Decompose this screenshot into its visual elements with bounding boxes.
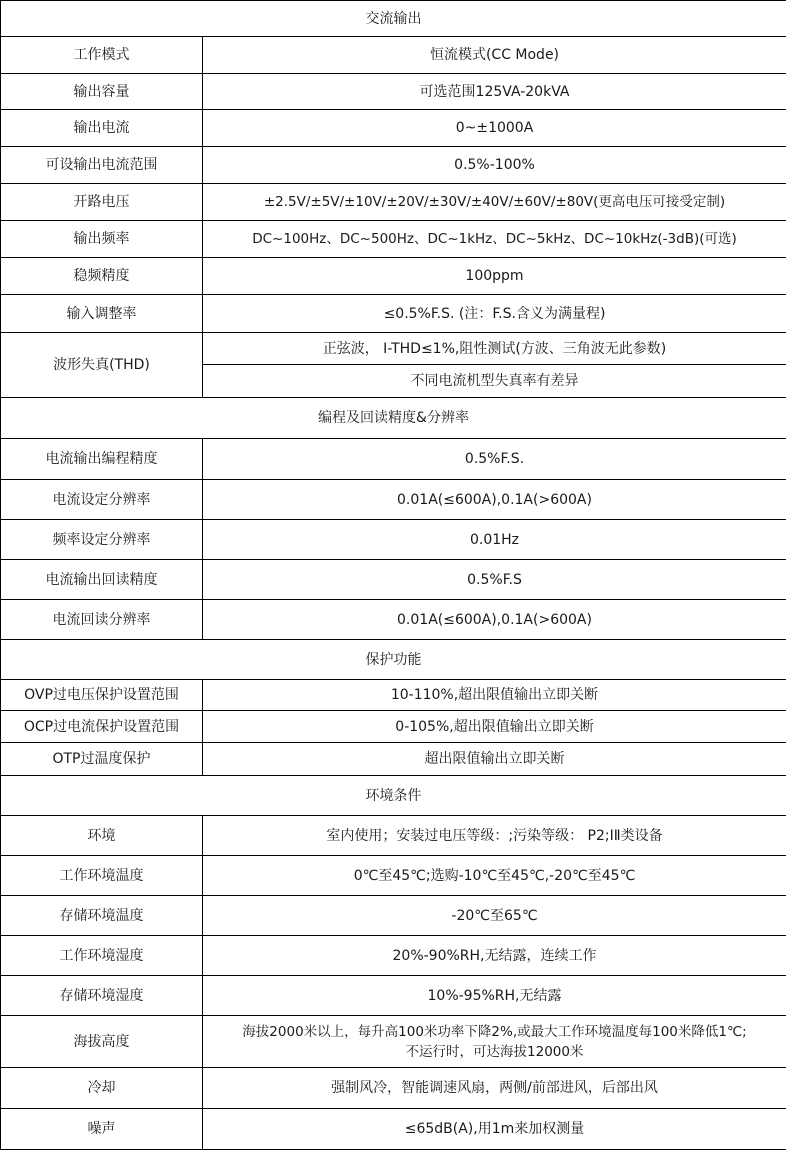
row-label: 工作模式 xyxy=(1,37,203,74)
row-label: 输出容量 xyxy=(1,74,203,110)
row-value: -20℃至65℃ xyxy=(203,896,786,936)
row-value: ≤0.5%F.S. (注：F.S.含义为满量程) xyxy=(203,295,786,333)
row-value-secondary: 不同电流机型失真率有差异 xyxy=(203,365,786,398)
table-row: OVP过电压保护设置范围 10-110%,超出限值输出立即关断 xyxy=(1,680,786,711)
table-row: 输出容量 可选范围125VA-20kVA xyxy=(1,74,786,110)
row-label: 海拔高度 xyxy=(1,1016,203,1068)
row-value: 100ppm xyxy=(203,258,786,295)
table-row: 工作环境湿度 20%-90%RH,无结露，连续工作 xyxy=(1,936,786,976)
table-row: 开路电压 ±2.5V/±5V/±10V/±20V/±30V/±40V/±60V/… xyxy=(1,184,786,221)
section-title-protection: 保护功能 xyxy=(1,640,786,680)
row-label: 工作环境湿度 xyxy=(1,936,203,976)
table-row: 输入调整率 ≤0.5%F.S. (注：F.S.含义为满量程) xyxy=(1,295,786,333)
row-value: 室内使用；安装过电压等级：;污染等级： P2;IⅡ类设备 xyxy=(203,816,786,856)
row-label: 电流回读分辨率 xyxy=(1,600,203,640)
table-row: 工作模式 恒流模式(CC Mode) xyxy=(1,37,786,74)
table-row: 稳频精度 100ppm xyxy=(1,258,786,295)
row-label: 输出频率 xyxy=(1,221,203,258)
row-label: OTP过温度保护 xyxy=(1,743,203,776)
row-label: 存储环境湿度 xyxy=(1,976,203,1016)
row-value: 超出限值输出立即关断 xyxy=(203,743,786,776)
row-value: 10%-95%RH,无结露 xyxy=(203,976,786,1016)
table-row: 冷却 强制风冷，智能调速风扇，两侧/前部进风，后部出风 xyxy=(1,1068,786,1109)
section-title-environment: 环境条件 xyxy=(1,776,786,816)
table-row: 输出频率 DC~100Hz、DC~500Hz、DC~1kHz、DC~5kHz、D… xyxy=(1,221,786,258)
row-label: 存储环境温度 xyxy=(1,896,203,936)
row-label: 开路电压 xyxy=(1,184,203,221)
row-label: 输入调整率 xyxy=(1,295,203,333)
row-value: 0.5%F.S xyxy=(203,560,786,600)
table-row: 存储环境湿度 10%-95%RH,无结露 xyxy=(1,976,786,1016)
row-label: 频率设定分辨率 xyxy=(1,520,203,560)
row-label: 冷却 xyxy=(1,1068,203,1109)
row-label: 工作环境温度 xyxy=(1,856,203,896)
row-value: 正弦波， I-THD≤1%,阻性测试(方波、三角波无此参数) xyxy=(203,333,786,365)
table-row: 频率设定分辨率 0.01Hz xyxy=(1,520,786,560)
table-row: 电流回读分辨率 0.01A(≤600A),0.1A(>600A) xyxy=(1,600,786,640)
table-row: 输出电流 0~±1000A xyxy=(1,110,786,147)
table-row: OTP过温度保护 超出限值输出立即关断 xyxy=(1,743,786,776)
section-title-programming-accuracy: 编程及回读精度&分辨率 xyxy=(1,398,786,439)
row-value: 0.5%F.S. xyxy=(203,439,786,480)
row-value: 10-110%,超出限值输出立即关断 xyxy=(203,680,786,711)
table-row-altitude: 海拔高度 海拔2000米以上，每升高100米功率下降2%,或最大工作环境温度每1… xyxy=(1,1016,786,1068)
table-row: 噪声 ≤65dB(A),用1m来加权测量 xyxy=(1,1109,786,1150)
table-row: 可设输出电流范围 0.5%-100% xyxy=(1,147,786,184)
table-row: 环境 室内使用；安装过电压等级：;污染等级： P2;IⅡ类设备 xyxy=(1,816,786,856)
row-value: 0.01Hz xyxy=(203,520,786,560)
row-value: DC~100Hz、DC~500Hz、DC~1kHz、DC~5kHz、DC~10k… xyxy=(203,221,786,258)
section-header-row: 环境条件 xyxy=(1,776,786,816)
row-value: 20%-90%RH,无结露，连续工作 xyxy=(203,936,786,976)
row-label: 输出电流 xyxy=(1,110,203,147)
row-value: 恒流模式(CC Mode) xyxy=(203,37,786,74)
row-value: 0~±1000A xyxy=(203,110,786,147)
row-value: 海拔2000米以上，每升高100米功率下降2%,或最大工作环境温度每100米降低… xyxy=(203,1016,786,1068)
row-value: ≤65dB(A),用1m来加权测量 xyxy=(203,1109,786,1150)
table-row: 电流输出编程精度 0.5%F.S. xyxy=(1,439,786,480)
spec-table: 交流输出 工作模式 恒流模式(CC Mode) 输出容量 可选范围125VA-2… xyxy=(0,0,786,1150)
row-label: 稳频精度 xyxy=(1,258,203,295)
row-label: 环境 xyxy=(1,816,203,856)
table-row: 电流输出回读精度 0.5%F.S xyxy=(1,560,786,600)
section-header-row: 保护功能 xyxy=(1,640,786,680)
table-row-thd: 波形失真(THD) 正弦波， I-THD≤1%,阻性测试(方波、三角波无此参数) xyxy=(1,333,786,365)
row-value: 可选范围125VA-20kVA xyxy=(203,74,786,110)
row-label: 电流输出回读精度 xyxy=(1,560,203,600)
row-label: 波形失真(THD) xyxy=(1,333,203,398)
section-header-row: 交流输出 xyxy=(1,1,786,37)
row-value: 0.5%-100% xyxy=(203,147,786,184)
row-value: 0.01A(≤600A),0.1A(>600A) xyxy=(203,600,786,640)
row-value-line-2: 不运行时，可达海拔12000米 xyxy=(205,1042,784,1062)
row-label: 可设输出电流范围 xyxy=(1,147,203,184)
row-value-line-1: 海拔2000米以上，每升高100米功率下降2%,或最大工作环境温度每100米降低… xyxy=(205,1022,784,1042)
row-label: 电流输出编程精度 xyxy=(1,439,203,480)
row-label: 噪声 xyxy=(1,1109,203,1150)
row-label: 电流设定分辨率 xyxy=(1,480,203,520)
row-label: OVP过电压保护设置范围 xyxy=(1,680,203,711)
section-title-ac-output: 交流输出 xyxy=(1,1,786,37)
row-label: OCP过电流保护设置范围 xyxy=(1,711,203,743)
row-value: 强制风冷，智能调速风扇，两侧/前部进风，后部出风 xyxy=(203,1068,786,1109)
row-value: 0-105%,超出限值输出立即关断 xyxy=(203,711,786,743)
table-row: OCP过电流保护设置范围 0-105%,超出限值输出立即关断 xyxy=(1,711,786,743)
row-value: 0℃至45℃;选购-10℃至45℃,-20℃至45℃ xyxy=(203,856,786,896)
row-value: 0.01A(≤600A),0.1A(>600A) xyxy=(203,480,786,520)
table-row: 电流设定分辨率 0.01A(≤600A),0.1A(>600A) xyxy=(1,480,786,520)
section-header-row: 编程及回读精度&分辨率 xyxy=(1,398,786,439)
table-row: 工作环境温度 0℃至45℃;选购-10℃至45℃,-20℃至45℃ xyxy=(1,856,786,896)
row-value: ±2.5V/±5V/±10V/±20V/±30V/±40V/±60V/±80V(… xyxy=(203,184,786,221)
table-row: 存储环境温度 -20℃至65℃ xyxy=(1,896,786,936)
